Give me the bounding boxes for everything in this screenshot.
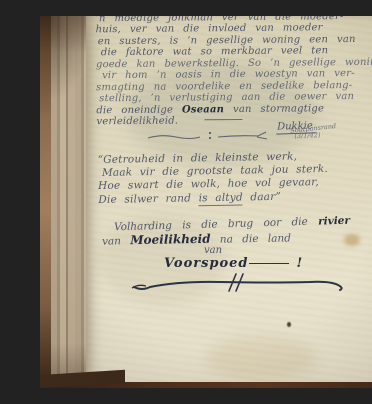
book-spine-edge [40, 16, 51, 388]
closing-flourish [130, 271, 348, 297]
emphasized-word: Voorspoed [164, 256, 249, 271]
verse-quote: “Getrouheid in die kleinste werk, Maak v… [98, 150, 329, 207]
emphasized-word: Oseaan [182, 104, 224, 115]
page-edges-gutter [51, 16, 88, 388]
line-text: na die land [210, 232, 291, 245]
manuscript-photo: ’n moedige jonkman ver van die moeder- h… [40, 16, 372, 388]
ink-spot-stain [344, 234, 360, 246]
emphasized-word: Moeilikheid [130, 232, 210, 247]
handwritten-line: stelling, ’n verlustiging aan die oewer … [99, 91, 372, 105]
underlined-words: is altyd [199, 191, 243, 206]
manuscript-page: ’n moedige jonkman ver van die moeder- h… [86, 16, 372, 388]
motto-line-4: Voorspoed! [164, 256, 302, 271]
dash-flourish [204, 119, 242, 120]
trailing-dash [249, 263, 289, 264]
signature-date: (3/1/42) [294, 131, 320, 140]
handwritten-line: Die silwer rand is altyd daar” [98, 190, 328, 207]
line-text: daar” [243, 190, 281, 203]
line-text: die oneindige [96, 104, 182, 116]
paper-stain [206, 336, 316, 381]
line-text: van [102, 235, 131, 247]
line-text: Die silwer rand [98, 192, 198, 206]
emphasized-word: rivier [318, 215, 350, 228]
exclamation-mark: ! [297, 256, 303, 271]
paragraph-handwritten: ’n moedige jonkman ver van die moeder- h… [96, 16, 372, 128]
dark-speck [287, 322, 291, 327]
motto-line-2: van Moeilikheid na die land [102, 230, 291, 247]
motto-line-3: van [204, 245, 222, 256]
divider-flourish [144, 126, 284, 146]
